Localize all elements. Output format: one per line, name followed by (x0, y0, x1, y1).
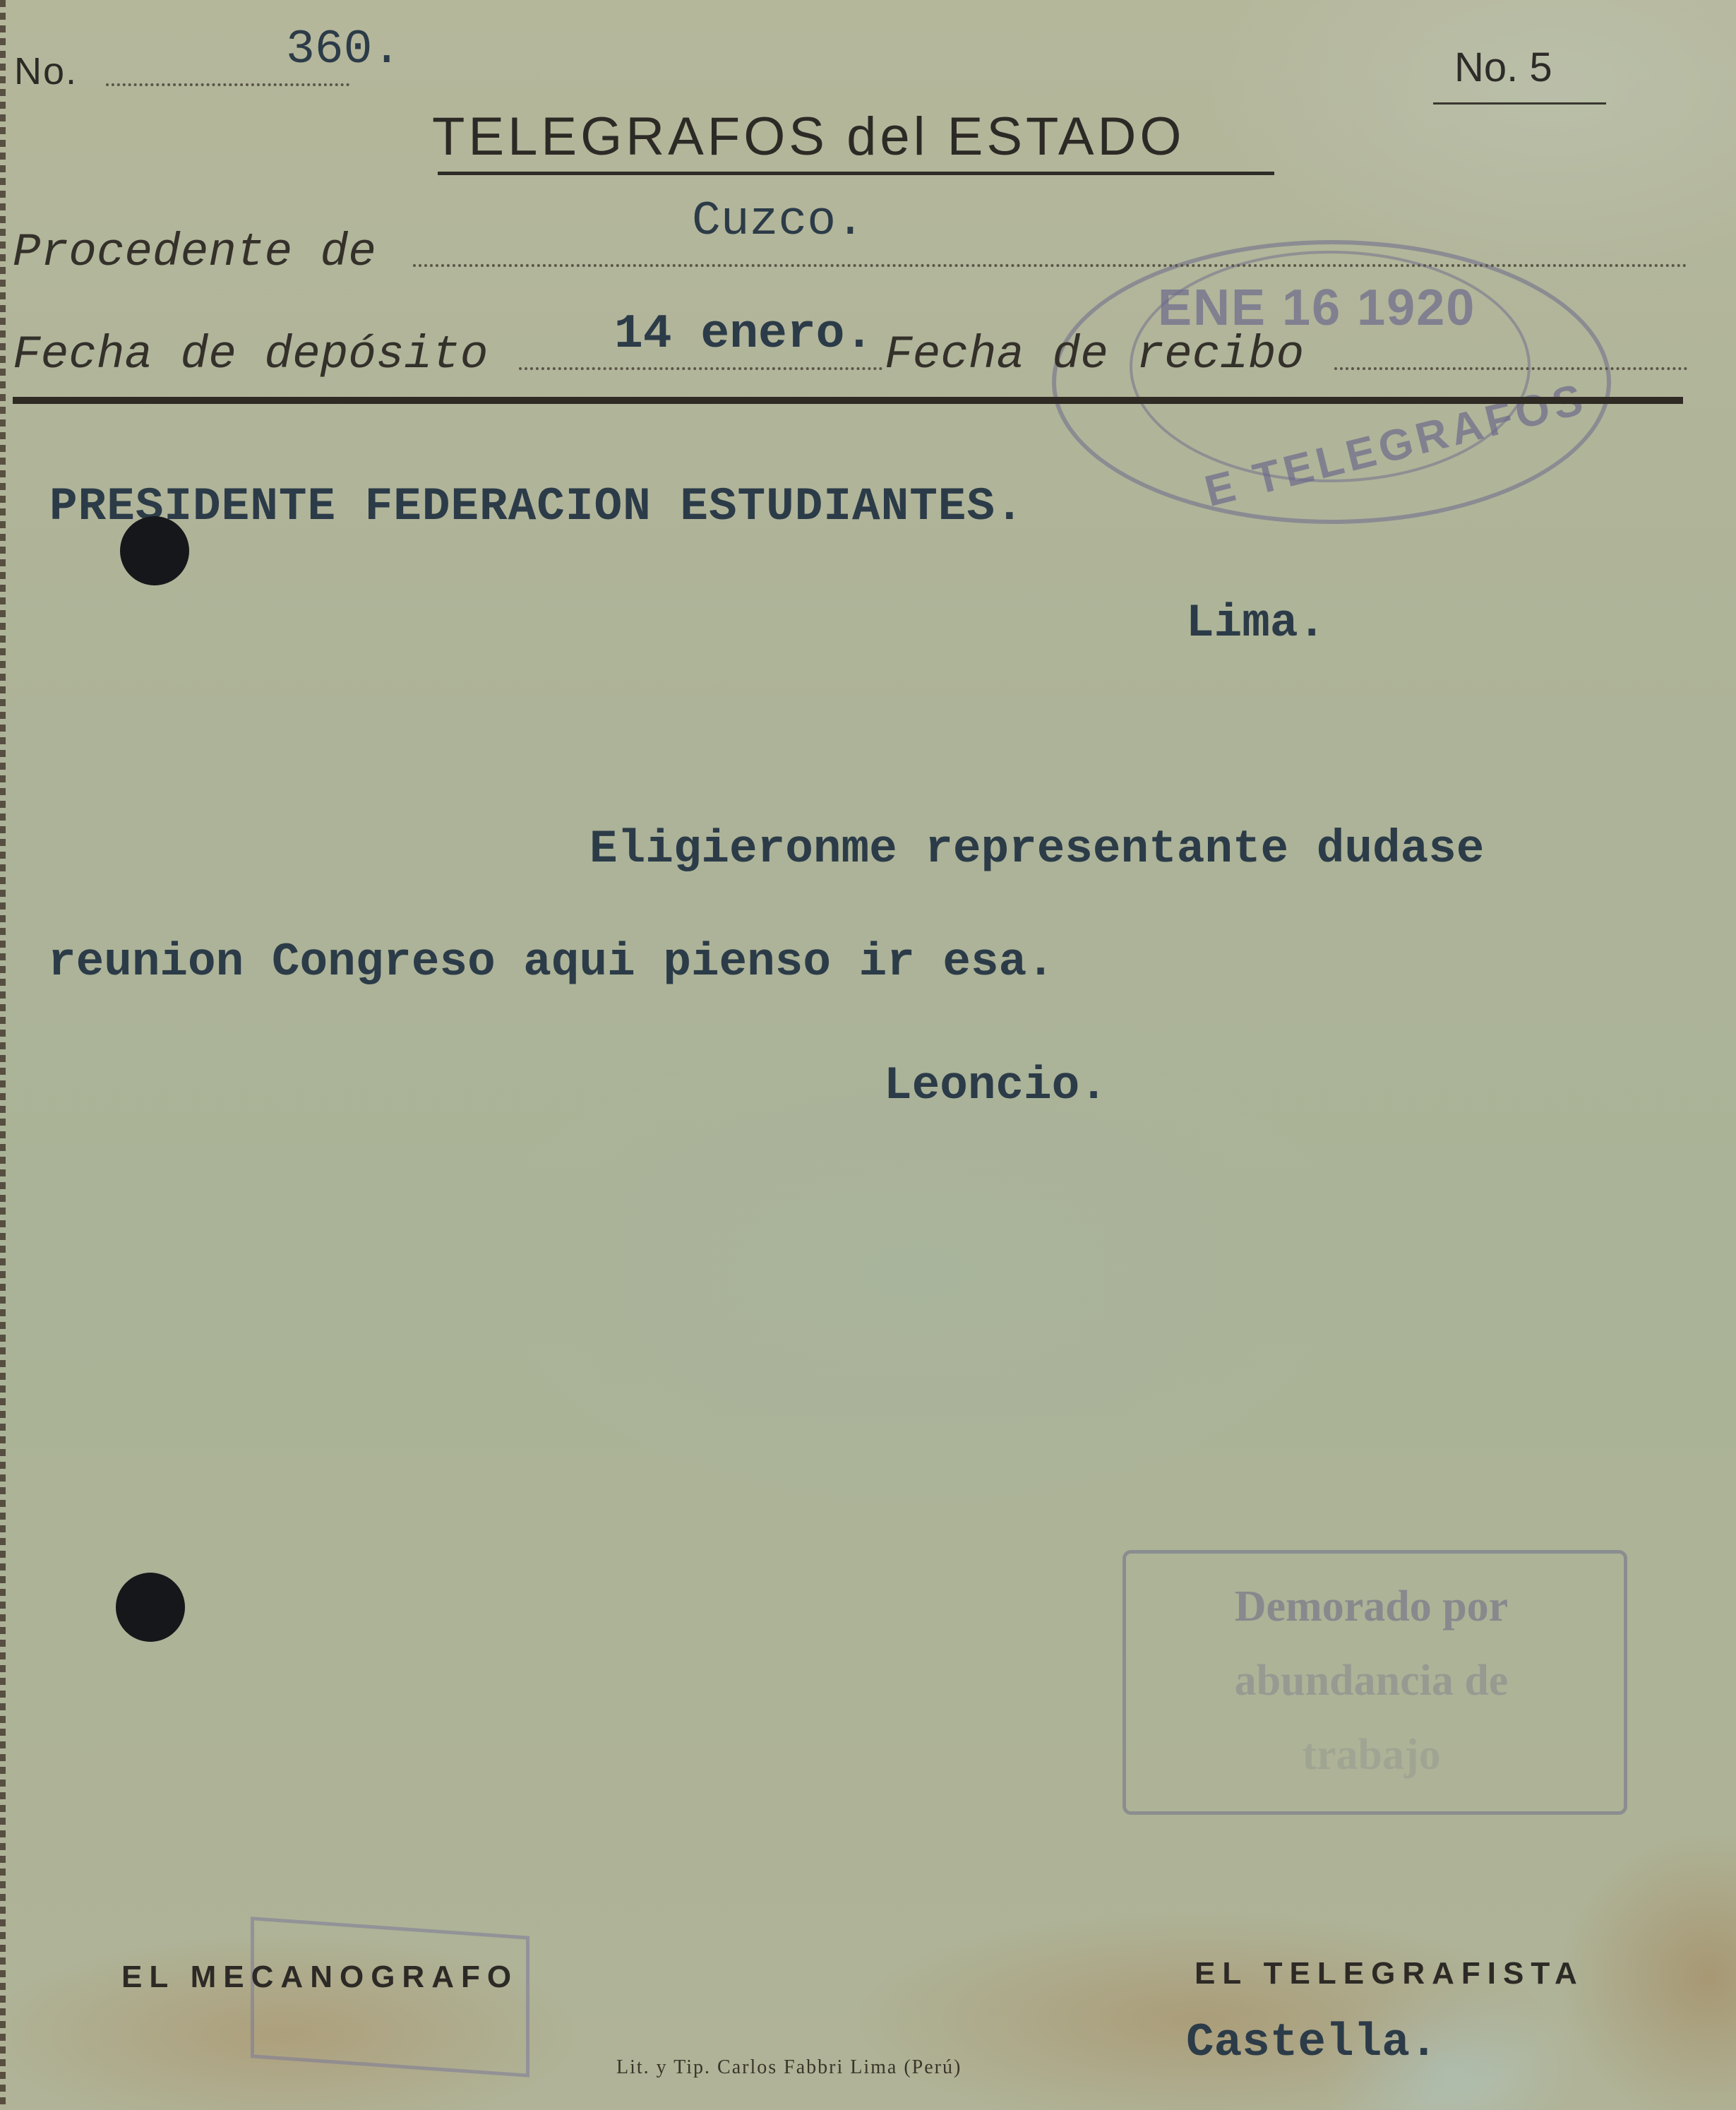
sheet-number: No. 5 (1454, 44, 1552, 91)
number-label: No. (14, 49, 78, 93)
deposit-date-label: Fecha de depósito (13, 328, 488, 381)
sheet-number-underline (1433, 102, 1606, 105)
form-title: TELEGRAFOS del ESTADO (432, 106, 1185, 167)
delay-stamp-line-2: abundancia de (1123, 1656, 1620, 1706)
origin-label: Procedente de (13, 226, 376, 279)
typist-stamp-box (251, 1917, 529, 2078)
perforated-edge (0, 0, 6, 2110)
receipt-date-dotted-line (1334, 367, 1687, 370)
telegraphist-signature: Castella. (1186, 2016, 1437, 2069)
receipt-date-label: Fecha de recibo (885, 328, 1304, 381)
delay-stamp-line-1: Demorado por (1123, 1582, 1620, 1632)
origin-dotted-line (413, 264, 1687, 267)
telegraphist-label: EL TELEGRAFISTA (1195, 1956, 1584, 1991)
punch-hole-bottom (116, 1573, 185, 1642)
punch-hole-top (120, 516, 189, 585)
sender-signature: Leoncio. (884, 1059, 1108, 1112)
telegram-sheet: No. 360. No. 5 TELEGRAFOS del ESTADO ENE… (0, 0, 1736, 2110)
destination-city: Lima. (1186, 597, 1326, 650)
header-divider (13, 397, 1683, 404)
deposit-date-dotted-line (519, 367, 882, 370)
deposit-date-value: 14 enero. (614, 307, 873, 362)
message-line-1: Eligieronme representante dudase (589, 823, 1484, 876)
telegram-number: 360. (286, 23, 401, 77)
printer-imprint: Lit. y Tip. Carlos Fabbri Lima (Perú) (616, 2056, 962, 2079)
message-line-2: reunion Congreso aqui pienso ir esa. (48, 936, 1055, 989)
addressee: PRESIDENTE FEDERACION ESTUDIANTES. (49, 480, 1024, 533)
delay-stamp-line-3: trabajo (1123, 1730, 1620, 1780)
typist-label: EL MECANOGRAFO (121, 1960, 518, 1995)
title-underline (438, 172, 1274, 175)
origin-value: Cuzco. (692, 194, 865, 249)
number-dotted-line (106, 83, 349, 86)
